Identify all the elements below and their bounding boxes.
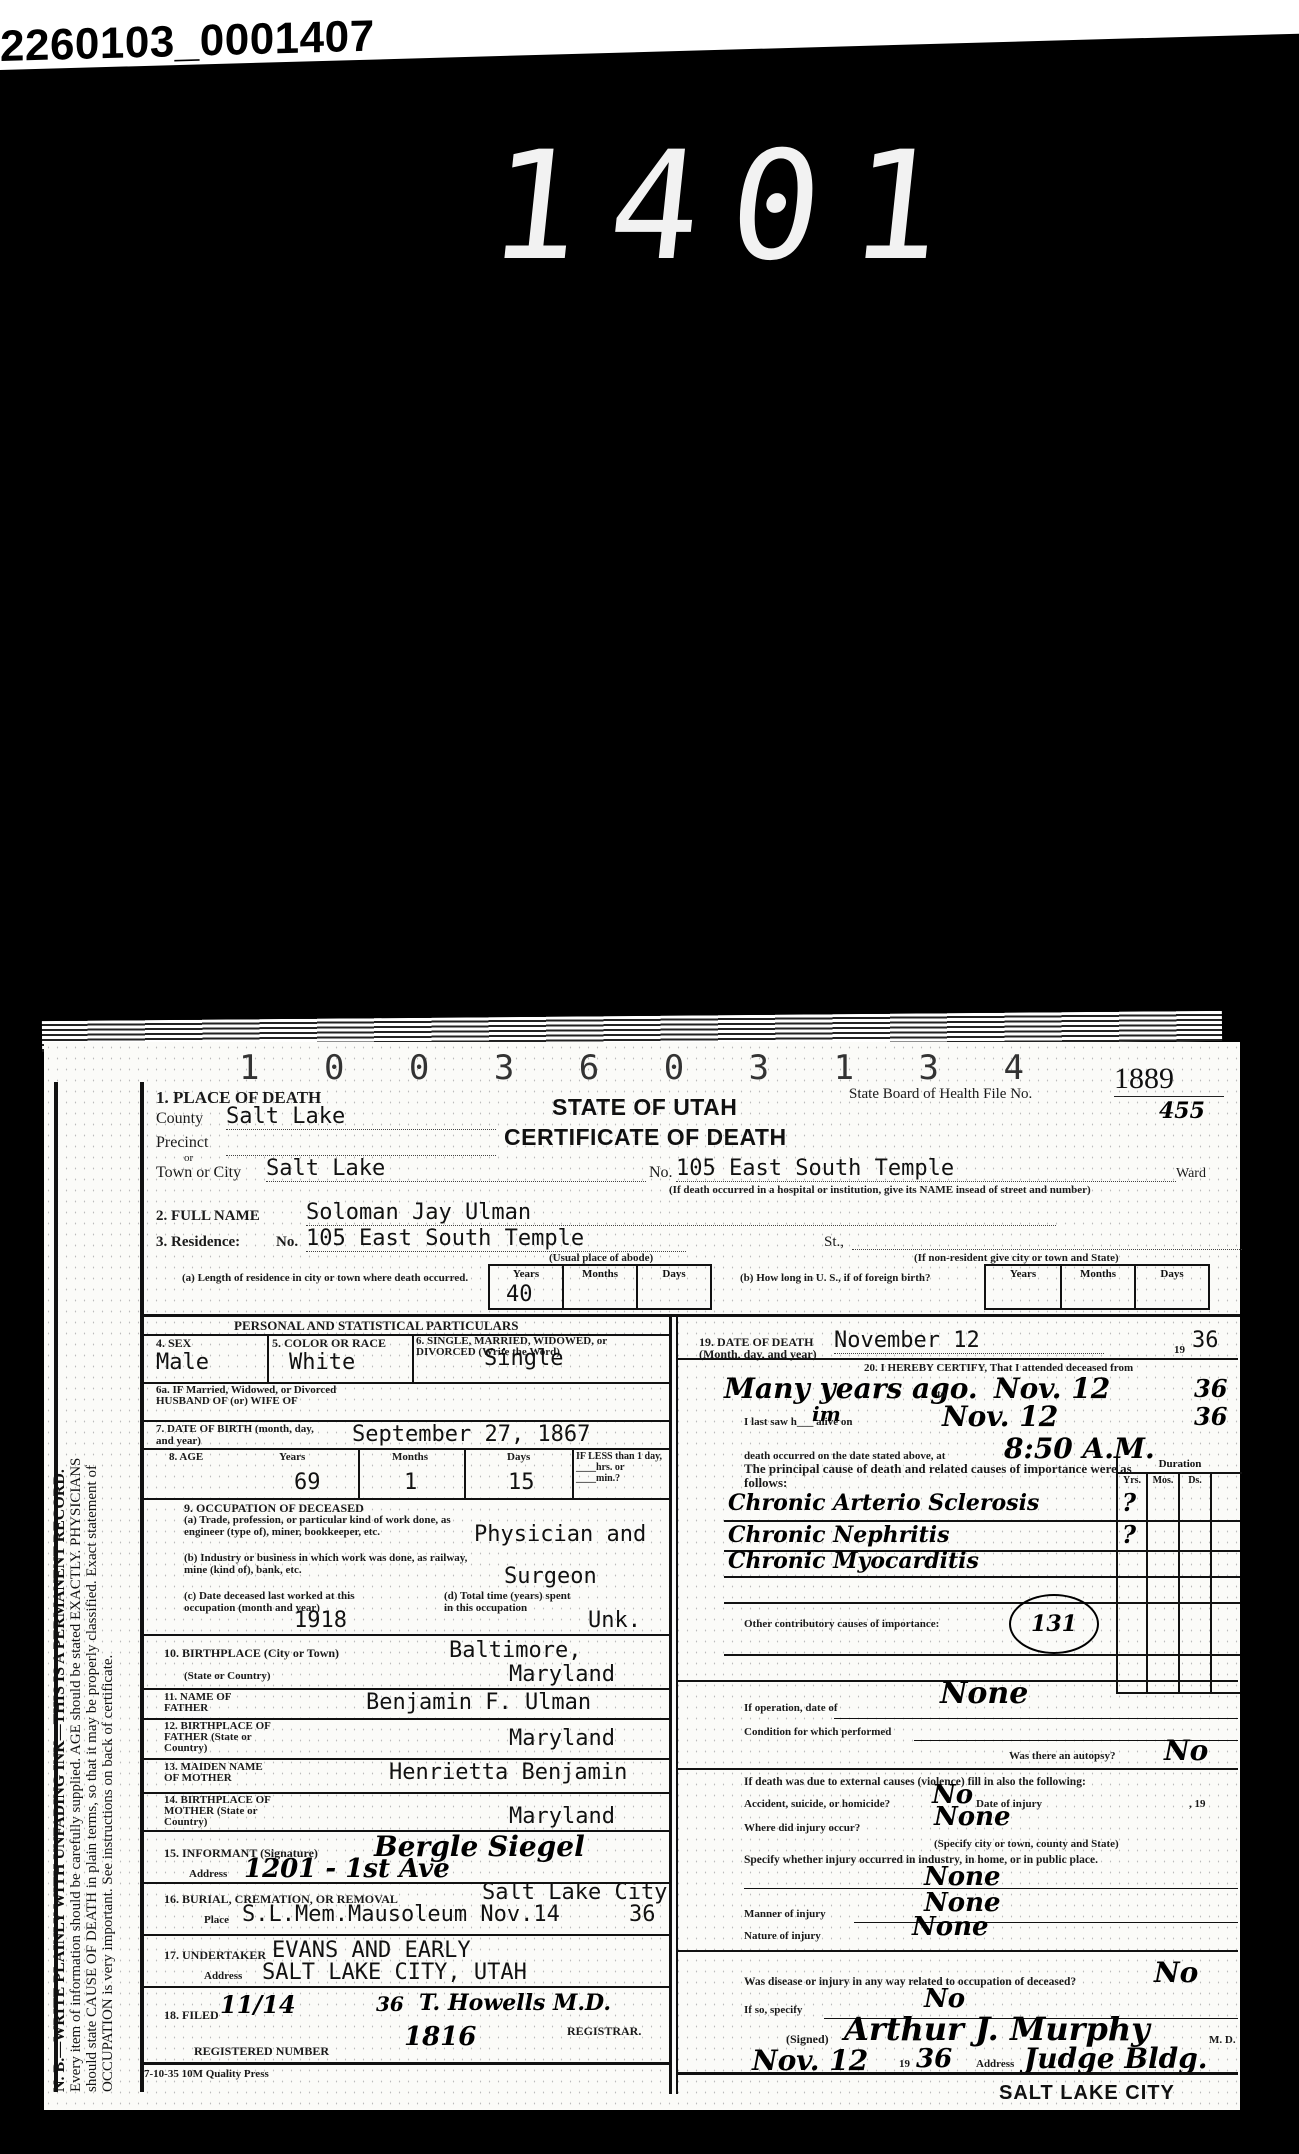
race-field: White (289, 1350, 355, 1375)
age-months-label: Months (392, 1451, 428, 1463)
row-line (678, 1950, 1238, 1952)
registered-number-label: REGISTERED NUMBER (194, 2044, 329, 2059)
circled-code: 131 (1009, 1594, 1099, 1654)
race-label: 5. COLOR OR RACE (272, 1336, 386, 1351)
occ-b-field: Surgeon (504, 1564, 597, 1589)
col-days: Days (638, 1268, 710, 1280)
instruction-line: OCCUPATION is very important. See instru… (100, 1082, 116, 2092)
father-label: 11. NAME OF FATHER (164, 1692, 274, 1714)
sex-field: Male (156, 1350, 209, 1375)
document-id: 2260103_0001407 (0, 12, 375, 72)
registrar-label: REGISTRAR. (567, 2024, 641, 2039)
occ-d-field: Unk. (588, 1608, 641, 1633)
residence-no-label: No. (276, 1234, 298, 1251)
col-years: Years (490, 1268, 562, 1280)
row-line (724, 1654, 1240, 1656)
burial-place-field: S.L.Mem.Mausoleum Nov.14 (242, 1902, 560, 1927)
burial-year-field: 36 (629, 1902, 656, 1927)
date-of-death-label: 19. DATE OF DEATH (Month, day, and year) (699, 1336, 829, 1360)
certificate-serial-number: 1 0 0 3 6 0 3 1 3 4 (239, 1048, 1046, 1088)
death-certificate: 1 0 0 3 6 0 3 1 3 4 N. B.—WRITE PLAINLY … (44, 1042, 1240, 2110)
injury-year-label: , 19 (1189, 1798, 1206, 1810)
registrar-signature: T. Howells M.D. (419, 1990, 611, 2016)
col-years: Years (986, 1268, 1060, 1280)
condition-label: Condition for which performed (744, 1726, 891, 1738)
row-line (724, 1602, 1240, 1604)
occ-a-field: Physician and (474, 1522, 646, 1547)
town-field: Salt Lake (266, 1156, 646, 1182)
other-causes-label: Other contributory causes of importance: (744, 1618, 939, 1630)
occ-a-label: (a) Trade, profession, or particular kin… (184, 1514, 469, 1538)
age-days-label: Days (507, 1451, 530, 1463)
signed-year-label: 19 (899, 2058, 910, 2070)
col-months: Months (564, 1268, 636, 1280)
manner-label: Manner of injury (744, 1908, 826, 1920)
street-no-label: No. (649, 1164, 673, 1182)
filed-year: 36 (376, 1992, 404, 2016)
physician-address: Judge Bldg. (1024, 2042, 1208, 2075)
date-of-death-field: November 12 (834, 1328, 1104, 1354)
informant-address: 1201 - 1st Ave (244, 1854, 450, 1884)
cell-divider (572, 1448, 574, 1498)
age-years-field: 69 (294, 1470, 321, 1495)
last-saw-pronoun: im (812, 1402, 841, 1426)
row-line (140, 2062, 672, 2065)
registered-number: 1816 (404, 2022, 476, 2052)
file-no: 1889 (1114, 1062, 1224, 1097)
instruction-line: should state CAUSE OF DEATH in plain ter… (84, 1082, 100, 2092)
dob-field: September 27, 1867 (352, 1422, 590, 1447)
occupational-label: Was disease or injury in any way related… (744, 1976, 1076, 1988)
row-line (144, 1634, 669, 1636)
divider (1210, 1472, 1212, 1692)
date-of-death-year: 36 (1192, 1328, 1219, 1353)
attended-to-year: 36 (1194, 1374, 1227, 1403)
autopsy-field: No (1164, 1734, 1208, 1767)
dur-ds-label: Ds. (1180, 1475, 1210, 1486)
full-name-field: Soloman Jay Ulman (306, 1200, 1056, 1226)
instruction-line: N. B.—WRITE PLAINLY WITH UNFADING INK—TH… (52, 1082, 68, 2092)
dur-yrs-label: Yrs. (1118, 1475, 1146, 1486)
cell-divider (412, 1334, 414, 1382)
cell-divider (267, 1334, 269, 1382)
length-residence-label: (a) Length of residence in city or town … (182, 1272, 482, 1284)
cell-divider (358, 1448, 360, 1498)
if-so-label: If so, specify (744, 2004, 802, 2016)
row-line (724, 1576, 1240, 1578)
last-saw-date: Nov. 12 (942, 1400, 1058, 1433)
occupational-field: No (1154, 1956, 1198, 1989)
form-title: CERTIFICATE OF DEATH (504, 1124, 787, 1151)
sex-label: 4. SEX (156, 1336, 191, 1351)
filed-label: 18. FILED (164, 2008, 219, 2023)
ward-label: Ward (1176, 1166, 1206, 1182)
duration-label: Duration (1118, 1458, 1242, 1470)
precinct-field (226, 1146, 496, 1156)
place-street-field: 105 East South Temple (676, 1156, 1176, 1182)
column-divider (669, 1316, 672, 2094)
row-line (1118, 1472, 1242, 1474)
physician-address-label: Address (976, 2058, 1014, 2070)
less-than-label: IF LESS than 1 day, ____hrs. or ____min.… (576, 1451, 668, 1484)
occ-b-label: (b) Industry or business in which work w… (184, 1552, 469, 1576)
divider (1146, 1472, 1148, 1692)
cause-1: Chronic Arterio Sclerosis (728, 1490, 1039, 1516)
mother-field: Henrietta Benjamin (389, 1760, 627, 1785)
city-stamp: SALT LAKE CITY (999, 2082, 1175, 2105)
where-field: None (934, 1802, 1011, 1832)
instruction-line: Every item of information should be care… (68, 1082, 84, 2092)
county-field: Salt Lake (226, 1104, 496, 1130)
burial-place-label: Place (204, 1914, 229, 1926)
undertaker-address-field: SALT LAKE CITY, UTAH (262, 1960, 527, 1985)
row-line (144, 1448, 669, 1450)
row-line (678, 1358, 1238, 1360)
divider (1178, 1472, 1180, 1692)
autopsy-label: Was there an autopsy? (1009, 1750, 1115, 1762)
abode-note: (Usual place of abode) (549, 1252, 653, 1264)
occ-d-label: (d) Total time (years) spent in this occ… (444, 1590, 574, 1614)
nonresident-field (852, 1246, 1242, 1250)
hospital-note: (If death occurred in a hospital or inst… (669, 1184, 1091, 1196)
last-saw-year: 36 (1194, 1402, 1227, 1431)
operation-field: None (940, 1676, 1028, 1711)
cell-divider (464, 1448, 466, 1498)
residence-label: 3. Residence: (156, 1234, 240, 1251)
personal-section-title: PERSONAL AND STATISTICAL PARTICULARS (234, 1318, 519, 1334)
length-years: 40 (506, 1282, 533, 1307)
attended-to-label: to (937, 1388, 946, 1400)
cause-1-years: ? (1122, 1488, 1136, 1517)
or-label: or (184, 1152, 193, 1164)
scan-header-band: 2260103_0001407 (0, 0, 1299, 70)
filed-date: 11/14 (220, 1990, 296, 2019)
dur-mos-label: Mos. (1148, 1475, 1178, 1486)
row-line (678, 1768, 1238, 1770)
mother-birthplace-field: Maryland (509, 1804, 615, 1829)
spouse-label: 6a. IF Married, Widowed, or Divorced HUS… (156, 1385, 356, 1407)
age-days-field: 15 (508, 1470, 535, 1495)
cause-3: Chronic Myocarditis (728, 1548, 979, 1574)
occ-c-field: 1918 (294, 1608, 347, 1633)
county-label: County (156, 1110, 203, 1128)
nonresident-note: (If non-resident give city or town and S… (914, 1252, 1119, 1264)
specify-note: (Specify city or town, county and State) (934, 1838, 1119, 1850)
dob-label: 7. DATE OF BIRTH (month, day, and year) (156, 1423, 316, 1447)
nature-field: None (912, 1912, 989, 1942)
undertaker-label: 17. UNDERTAKER (164, 1948, 266, 1963)
informant-address-label: Address (189, 1868, 227, 1880)
row-line (144, 1986, 669, 1988)
cause-2-years: ? (1122, 1520, 1136, 1549)
signed-year: 36 (916, 2044, 952, 2074)
us-residence-box: Years Months Days (984, 1264, 1210, 1310)
margin-rule-inner (140, 1082, 144, 2092)
length-residence-box: Years Months Days 40 (488, 1264, 712, 1310)
row-line (678, 2072, 1238, 2075)
precinct-label: Precinct (156, 1134, 208, 1152)
town-label: Town or City (156, 1164, 241, 1182)
row-line (144, 1498, 669, 1500)
column-divider (676, 1316, 678, 2094)
full-name-label: 2. FULL NAME (156, 1208, 260, 1225)
marital-field: Single (484, 1346, 563, 1371)
file-no-secondary: 455 (1159, 1098, 1205, 1124)
where-label: Where did injury occur? (744, 1822, 860, 1834)
st-label: St., (824, 1234, 844, 1251)
cause-intro: The principal cause of death and related… (744, 1462, 1154, 1490)
industry-label: Specify whether injury occurred in indus… (744, 1854, 1098, 1866)
print-line: 7-10-35 10M Quality Press (144, 2068, 269, 2080)
father-field: Benjamin F. Ulman (366, 1690, 591, 1715)
operation-label: If operation, date of (744, 1702, 838, 1714)
row-line (834, 1718, 1238, 1719)
col-days: Days (1136, 1268, 1208, 1280)
mother-label: 13. MAIDEN NAME OF MOTHER (164, 1762, 274, 1784)
row-line (144, 1934, 669, 1936)
file-no-label: State Board of Health File No. (849, 1086, 1032, 1103)
section-divider (140, 1314, 1240, 1317)
birthplace-state-label: (State or Country) (184, 1670, 271, 1682)
age-label: 8. AGE (169, 1451, 203, 1463)
md-label: M. D. (1209, 2034, 1236, 2046)
col-months: Months (1062, 1268, 1134, 1280)
age-years-label: Years (279, 1451, 305, 1463)
birthplace-label: 10. BIRTHPLACE (City or Town) (164, 1646, 339, 1661)
father-birthplace-label: 12. BIRTHPLACE OF FATHER (State or Count… (164, 1721, 274, 1754)
age-months-field: 1 (404, 1470, 417, 1495)
birthplace-city-field: Baltimore, (449, 1638, 581, 1663)
frame-number: 1401 (481, 120, 981, 294)
mother-birthplace-label: 14. BIRTHPLACE OF MOTHER (State or Count… (164, 1795, 294, 1828)
year-prefix: 19 (1174, 1344, 1185, 1356)
margin-instructions: N. B.—WRITE PLAINLY WITH UNFADING INK—TH… (52, 1082, 116, 2092)
nature-label: Nature of injury (744, 1930, 821, 1942)
state-title: STATE OF UTAH (552, 1094, 737, 1121)
accident-label: Accident, suicide, or homicide? (744, 1798, 890, 1810)
birthplace-state-field: Maryland (509, 1662, 615, 1687)
father-birthplace-field: Maryland (509, 1726, 615, 1751)
cause-2: Chronic Nephritis (728, 1522, 950, 1548)
external-label: If death was due to external causes (vio… (744, 1776, 1086, 1788)
undertaker-address-label: Address (204, 1970, 242, 1982)
us-residence-label: (b) How long in U. S., if of foreign bir… (740, 1272, 960, 1284)
residence-street-field: 105 East South Temple (306, 1226, 686, 1252)
